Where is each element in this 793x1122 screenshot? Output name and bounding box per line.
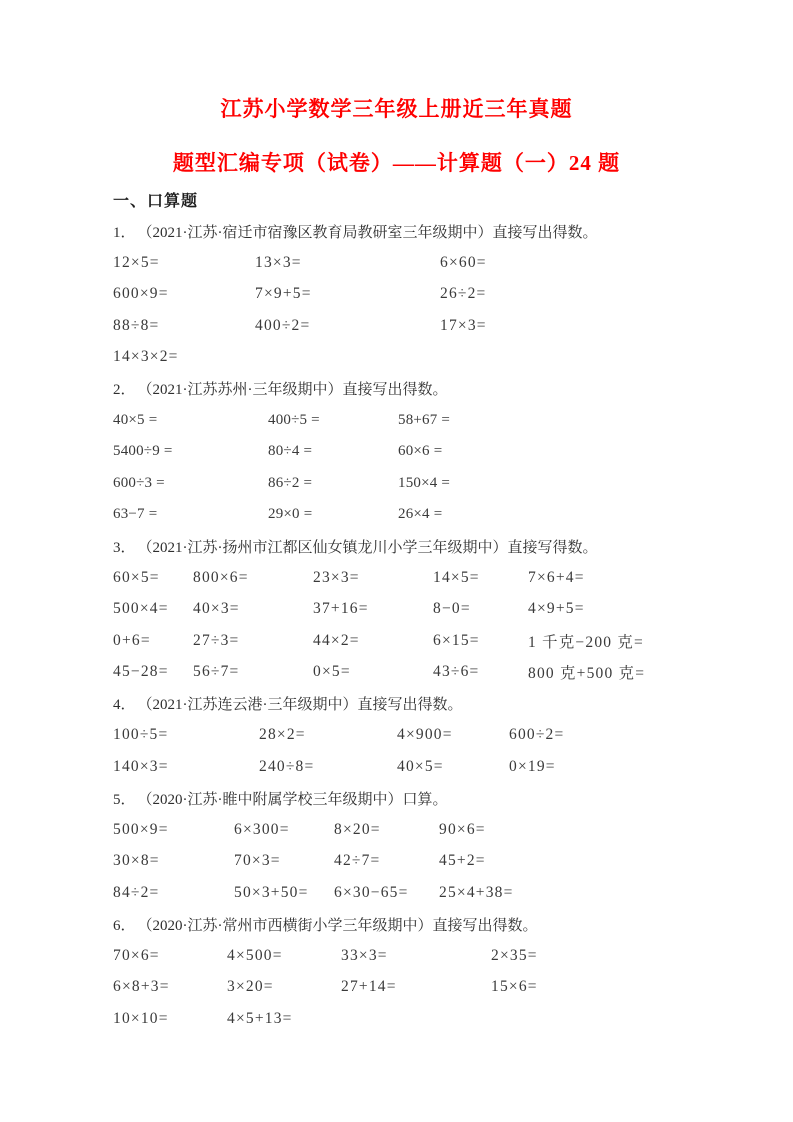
math-expression: 600×9=	[113, 285, 255, 303]
math-expression: 29×0 =	[268, 506, 398, 523]
math-expression: 6×60=	[440, 254, 731, 272]
math-expression: 4×5+13=	[227, 1010, 341, 1028]
math-expression: 0×19=	[509, 758, 731, 776]
math-expression: 12×5=	[113, 254, 255, 272]
question-source-instruction: （2020·江苏·常州市西横街小学三年级期中）直接写出得数。	[138, 914, 538, 935]
expression-row: 63−7 =29×0 =26×4 =	[113, 499, 731, 531]
worksheet-content: 一、口算题 1．（2021·江苏·宿迁市宿豫区教育局教研室三年级期中）直接写出得…	[0, 184, 793, 1035]
math-expression: 86÷2 =	[268, 475, 398, 492]
math-expression: 5400÷9 =	[113, 443, 268, 460]
math-expression: 30×8=	[113, 852, 234, 870]
expression-row: 100÷5=28×2=4×900=600÷2=	[113, 720, 731, 752]
math-expression: 25×4+38=	[439, 884, 731, 902]
question-header: 6．（2020·江苏·常州市西横街小学三年级期中）直接写出得数。	[113, 909, 731, 941]
math-expression: 60×6 =	[398, 443, 731, 460]
math-expression: 60×5=	[113, 569, 193, 587]
math-expression: 27÷3=	[193, 632, 313, 650]
question-number: 4．	[113, 693, 136, 714]
math-expression: 15×6=	[491, 978, 731, 996]
math-expression: 100÷5=	[113, 726, 259, 744]
question-source-instruction: （2021·江苏·宿迁市宿豫区教育局教研室三年级期中）直接写出得数。	[138, 221, 598, 242]
math-expression: 0+6=	[113, 632, 193, 650]
math-expression: 40×5=	[397, 758, 509, 776]
math-expression: 7×6+4=	[528, 569, 731, 587]
page-title-line2: 题型汇编专项（试卷）——计算题（一）24 题	[0, 150, 793, 176]
expression-row: 0+6=27÷3=44×2=6×15=1 千克−200 克=	[113, 625, 731, 657]
math-expression: 58+67 =	[398, 412, 731, 429]
question-source-instruction: （2021·江苏连云港·三年级期中）直接写出得数。	[138, 693, 463, 714]
question-3: 3．（2021·江苏·扬州市江都区仙女镇龙川小学三年级期中）直接写得数。60×5…	[113, 531, 731, 689]
page-title-block: 江苏小学数学三年级上册近三年真题 题型汇编专项（试卷）——计算题（一）24 题	[0, 0, 793, 176]
question-number: 1．	[113, 221, 136, 242]
math-expression: 800×6=	[193, 569, 313, 587]
math-expression: 56÷7=	[193, 663, 313, 681]
question-number: 6．	[113, 914, 136, 935]
math-expression: 6×30−65=	[334, 884, 439, 902]
math-expression: 800 克+500 克=	[528, 661, 731, 683]
question-6: 6．（2020·江苏·常州市西横街小学三年级期中）直接写出得数。70×6=4×5…	[113, 909, 731, 1035]
math-expression: 50×3+50=	[234, 884, 334, 902]
math-expression: 10×10=	[113, 1010, 227, 1028]
math-expression: 6×300=	[234, 821, 334, 839]
expression-row: 6×8+3=3×20=27+14=15×6=	[113, 972, 731, 1004]
expression-row: 88÷8=400÷2=17×3=	[113, 310, 731, 342]
expression-row: 84÷2=50×3+50=6×30−65=25×4+38=	[113, 877, 731, 909]
math-expression: 150×4 =	[398, 475, 731, 492]
question-5: 5．（2020·江苏·睢中附属学校三年级期中）口算。500×9=6×300=8×…	[113, 783, 731, 909]
expression-row: 60×5=800×6=23×3=14×5=7×6+4=	[113, 562, 731, 594]
math-expression: 80÷4 =	[268, 443, 398, 460]
math-expression: 2×35=	[491, 947, 731, 965]
math-expression: 43÷6=	[433, 663, 528, 681]
math-expression: 88÷8=	[113, 317, 255, 335]
math-expression: 14×5=	[433, 569, 528, 587]
expression-row: 500×9=6×300=8×20=90×6=	[113, 814, 731, 846]
math-expression: 70×6=	[113, 947, 227, 965]
math-expression: 27+14=	[341, 978, 491, 996]
question-header: 3．（2021·江苏·扬州市江都区仙女镇龙川小学三年级期中）直接写得数。	[113, 531, 731, 563]
math-expression: 40×5 =	[113, 412, 268, 429]
question-source-instruction: （2021·江苏·扬州市江都区仙女镇龙川小学三年级期中）直接写得数。	[138, 536, 598, 557]
math-expression: 7×9+5=	[255, 285, 440, 303]
math-expression: 8−0=	[433, 600, 528, 618]
math-expression: 13×3=	[255, 254, 440, 272]
math-expression: 6×8+3=	[113, 978, 227, 996]
expression-row: 45−28=56÷7=0×5=43÷6=800 克+500 克=	[113, 657, 731, 689]
math-expression: 140×3=	[113, 758, 259, 776]
question-source-instruction: （2020·江苏·睢中附属学校三年级期中）口算。	[138, 788, 448, 809]
math-expression: 26÷2=	[440, 285, 731, 303]
expression-row: 600÷3 =86÷2 =150×4 =	[113, 468, 731, 500]
math-expression: 400÷2=	[255, 317, 440, 335]
section-heading: 一、口算题	[113, 184, 731, 216]
question-header: 5．（2020·江苏·睢中附属学校三年级期中）口算。	[113, 783, 731, 815]
expression-row: 140×3=240÷8=40×5=0×19=	[113, 751, 731, 783]
question-number: 2．	[113, 378, 136, 399]
math-expression: 45+2=	[439, 852, 731, 870]
math-expression: 63−7 =	[113, 506, 268, 523]
math-expression: 600÷3 =	[113, 475, 268, 492]
question-2: 2．（2021·江苏苏州·三年级期中）直接写出得数。40×5 =400÷5 =5…	[113, 373, 731, 531]
question-source-instruction: （2021·江苏苏州·三年级期中）直接写出得数。	[138, 378, 448, 399]
math-expression: 400÷5 =	[268, 412, 398, 429]
math-expression: 8×20=	[334, 821, 439, 839]
question-number: 5．	[113, 788, 136, 809]
math-expression: 500×4=	[113, 600, 193, 618]
math-expression: 4×500=	[227, 947, 341, 965]
math-expression: 500×9=	[113, 821, 234, 839]
math-expression: 37+16=	[313, 600, 433, 618]
math-expression: 90×6=	[439, 821, 731, 839]
question-header: 1．（2021·江苏·宿迁市宿豫区教育局教研室三年级期中）直接写出得数。	[113, 216, 731, 248]
math-expression: 14×3×2=	[113, 348, 255, 366]
expression-row: 10×10=4×5+13=	[113, 1003, 731, 1035]
expression-row: 70×6=4×500=33×3=2×35=	[113, 940, 731, 972]
math-expression: 44×2=	[313, 632, 433, 650]
math-expression: 28×2=	[259, 726, 397, 744]
math-expression: 45−28=	[113, 663, 193, 681]
expression-row: 600×9=7×9+5=26÷2=	[113, 279, 731, 311]
expression-row: 40×5 =400÷5 =58+67 =	[113, 405, 731, 437]
math-expression: 3×20=	[227, 978, 341, 996]
question-header: 2．（2021·江苏苏州·三年级期中）直接写出得数。	[113, 373, 731, 405]
math-expression: 4×9+5=	[528, 600, 731, 618]
math-expression: 40×3=	[193, 600, 313, 618]
expression-row: 14×3×2=	[113, 342, 731, 374]
math-expression: 33×3=	[341, 947, 491, 965]
questions: 1．（2021·江苏·宿迁市宿豫区教育局教研室三年级期中）直接写出得数。12×5…	[113, 216, 731, 1035]
math-expression: 26×4 =	[398, 506, 731, 523]
question-1: 1．（2021·江苏·宿迁市宿豫区教育局教研室三年级期中）直接写出得数。12×5…	[113, 216, 731, 374]
math-expression: 4×900=	[397, 726, 509, 744]
question-4: 4．（2021·江苏连云港·三年级期中）直接写出得数。100÷5=28×2=4×…	[113, 688, 731, 783]
math-expression: 6×15=	[433, 632, 528, 650]
question-number: 3．	[113, 536, 136, 557]
math-expression: 70×3=	[234, 852, 334, 870]
math-expression: 240÷8=	[259, 758, 397, 776]
math-expression: 600÷2=	[509, 726, 731, 744]
expression-row: 12×5=13×3=6×60=	[113, 247, 731, 279]
expression-row: 5400÷9 =80÷4 =60×6 =	[113, 436, 731, 468]
math-expression: 1 千克−200 克=	[528, 630, 731, 652]
expression-row: 500×4=40×3=37+16=8−0=4×9+5=	[113, 594, 731, 626]
page-title-line1: 江苏小学数学三年级上册近三年真题	[0, 96, 793, 122]
math-expression: 0×5=	[313, 663, 433, 681]
math-expression: 42÷7=	[334, 852, 439, 870]
question-header: 4．（2021·江苏连云港·三年级期中）直接写出得数。	[113, 688, 731, 720]
math-expression: 23×3=	[313, 569, 433, 587]
math-expression: 17×3=	[440, 317, 731, 335]
math-expression: 84÷2=	[113, 884, 234, 902]
expression-row: 30×8=70×3=42÷7=45+2=	[113, 846, 731, 878]
worksheet-page: 江苏小学数学三年级上册近三年真题 题型汇编专项（试卷）——计算题（一）24 题 …	[0, 0, 793, 1122]
